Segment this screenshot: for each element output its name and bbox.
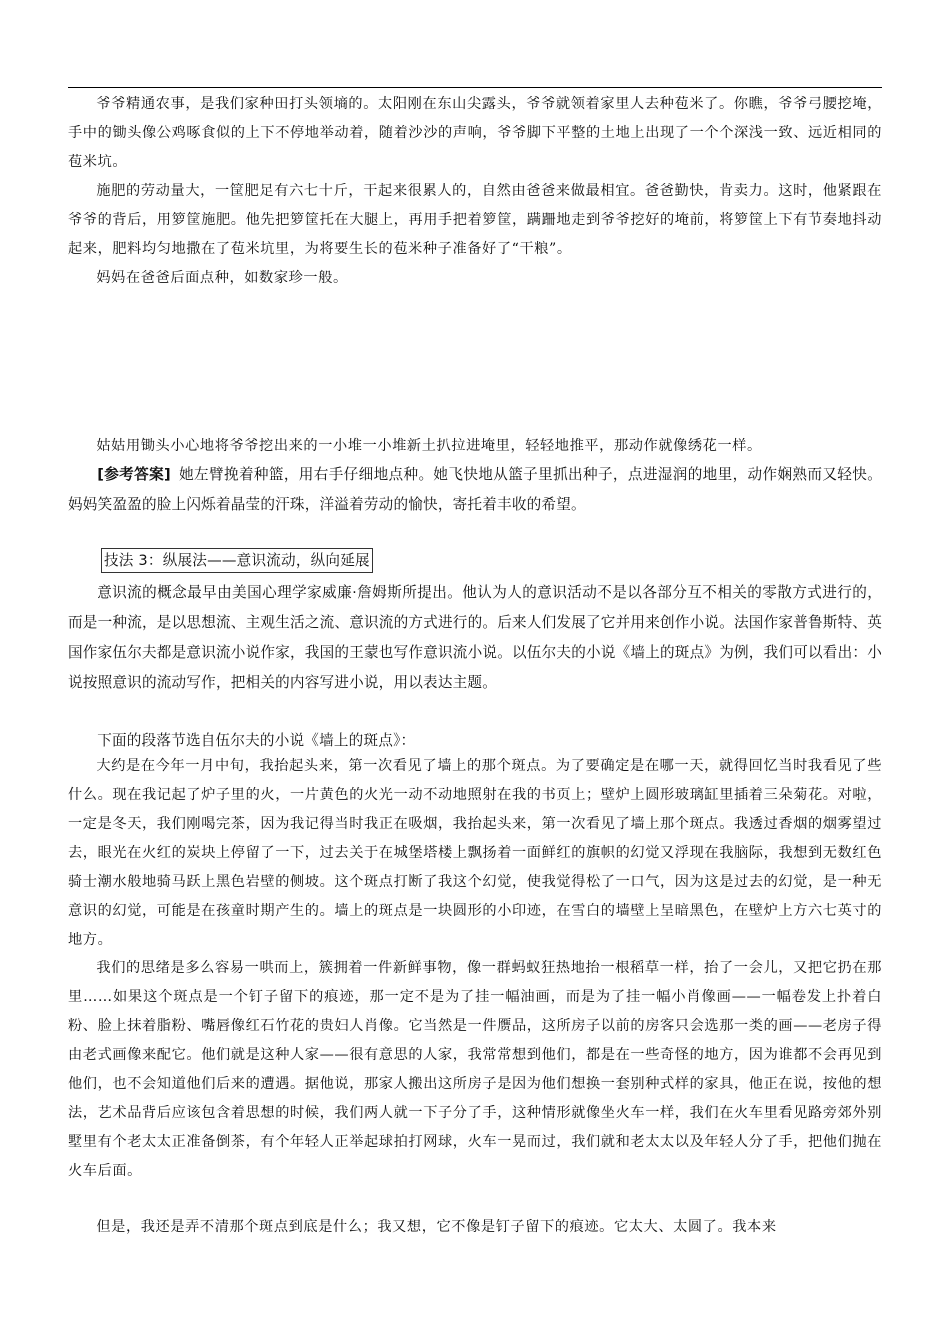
answer-text: 她左臂挽着种篮，用右手仔细地点种。她飞快地从篮子里抓出种子，点进湿润的地里，动作…: [68, 466, 882, 513]
excerpt-paragraph-1: 大约是在今年一月中旬，我抬起头来，第一次看见了墙上的那个斑点。为了要确定是在哪一…: [68, 752, 882, 955]
paragraph-mother-sowing: 妈妈在爸爸后面点种，如数家珍一般。: [68, 264, 882, 293]
paragraph-father-fertilizing: 施肥的劳动量大，一筐肥足有六七十斤，干起来很累人的，自然由爸爸来做最相宜。爸爸勤…: [68, 177, 882, 264]
paragraph-grandpa-digging: 爷爷精通农事，是我们家种田打头领墒的。太阳刚在东山尖露头，爷爷就领着家里人去种苞…: [68, 90, 882, 177]
answer-label: [参考答案]: [97, 466, 171, 483]
paragraph-aunt-raking: 姑姑用锄头小心地将爷爷挖出来的一小堆一小堆新土扒拉进埯里，轻轻地推平，那动作就像…: [68, 432, 882, 461]
stream-of-consciousness-intro: 意识流的概念最早由美国心理学家威廉·詹姆斯所提出。他认为人的意识活动不是以各部分…: [68, 578, 882, 698]
excerpt-paragraph-2: 我们的思绪是多么容易一哄而上，簇拥着一件新鲜事物，像一群蚂蚁狂热地抬一根稻草一样…: [68, 954, 882, 1186]
top-rule: [68, 87, 882, 88]
technique-heading: 技法 3：纵展法——意识流动，纵向延展: [101, 548, 373, 573]
excerpt-paragraph-3: 但是，我还是弄不清那个斑点到底是什么；我又想，它不像是钉子留下的痕迹。它太大、太…: [68, 1213, 882, 1242]
reference-answer: [参考答案]她左臂挽着种篮，用右手仔细地点种。她飞快地从篮子里抓出种子，点进湿润…: [68, 460, 882, 520]
